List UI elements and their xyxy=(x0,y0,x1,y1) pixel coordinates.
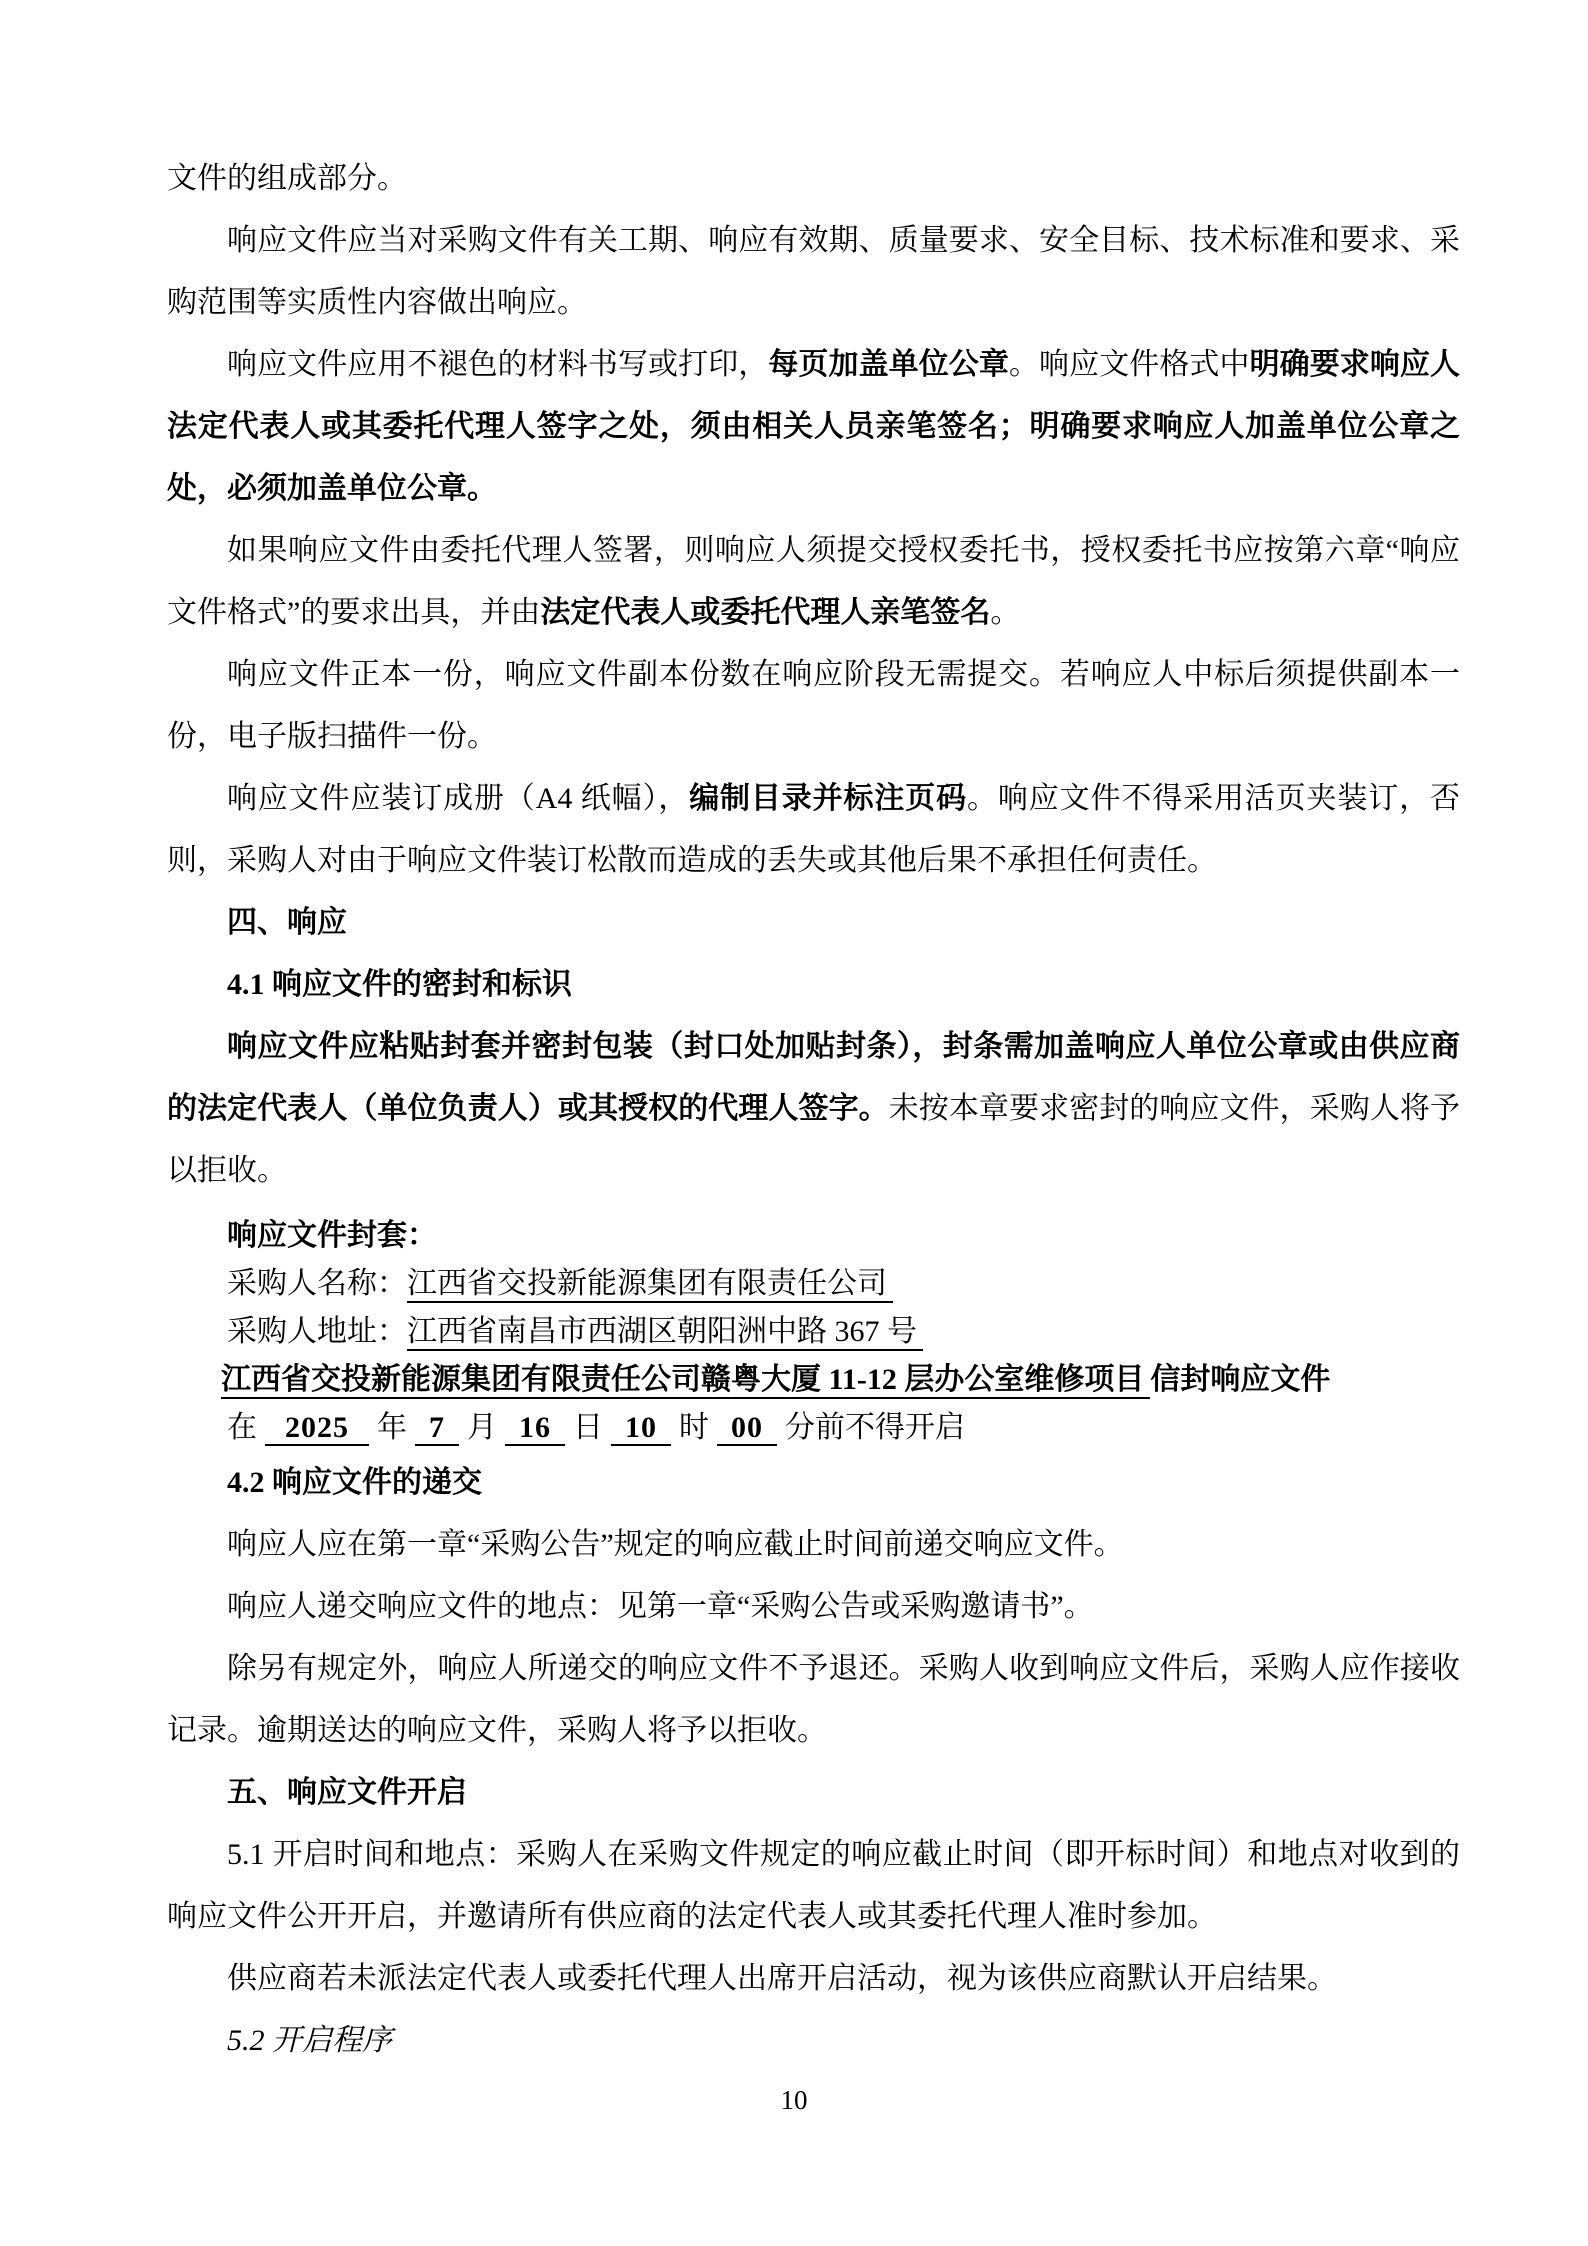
envelope-open-time-line: 在2025年7月16日10时00分前不得开启 xyxy=(167,1404,1460,1452)
buyer-name-label: 采购人名称： xyxy=(227,1267,407,1300)
paragraph-agent-signature: 如果响应文件由委托代理人签署，则响应人须提交授权委托书，授权委托书应按第六章“响… xyxy=(167,520,1460,644)
text-run: 。响应文件格式中 xyxy=(1009,348,1250,381)
month-label: 月 xyxy=(467,1411,497,1444)
text-run: 响应人应在第一章“采购公告”规定的响应截止时间前递交响应文件。 xyxy=(227,1528,1124,1561)
paragraph-absent-supplier: 供应商若未派法定代表人或委托代理人出席开启活动，视为该供应商默认开启结果。 xyxy=(167,1948,1460,2010)
text-run-bold: 响应文件封套： xyxy=(227,1219,437,1252)
heading-4-1: 4.1 响应文件的密封和标识 xyxy=(167,954,1460,1016)
text-run: 除另有规定外，响应人所递交的响应文件不予退还。采购人收到响应文件后，采购人应作接… xyxy=(167,1652,1460,1747)
text-run: 响应文件应装订成册（A4 纸幅）， xyxy=(227,782,689,815)
text-run: 4.1 响应文件的密封和标识 xyxy=(227,968,572,1001)
page-number: 10 xyxy=(0,2085,1588,2116)
paragraph-opening-time-place: 5.1 开启时间和地点：采购人在采购文件规定的响应截止时间（即开标时间）和地点对… xyxy=(167,1824,1460,1948)
envelope-buyer-address-line: 采购人地址：江西省南昌市西湖区朝阳洲中路 367 号 xyxy=(167,1308,1460,1356)
text-run: 供应商若未派法定代表人或委托代理人出席开启活动，视为该供应商默认开启结果。 xyxy=(227,1962,1337,1995)
text-run: 5.1 开启时间和地点：采购人在采购文件规定的响应截止时间（即开标时间）和地点对… xyxy=(167,1838,1460,1933)
text-run: 四、响应 xyxy=(227,906,347,939)
open-month-value: 7 xyxy=(415,1411,459,1446)
text-run-bold: 每页加盖单位公章 xyxy=(768,348,1009,381)
paragraph-no-return: 除另有规定外，响应人所递交的响应文件不予退还。采购人收到响应文件后，采购人应作接… xyxy=(167,1638,1460,1762)
text-run: 响应文件应用不褪色的材料书写或打印， xyxy=(227,348,768,381)
text-run: 文件的组成部分。 xyxy=(167,162,407,195)
heading-section-5: 五、响应文件开启 xyxy=(167,1762,1460,1824)
heading-5-2: 5.2 开启程序 xyxy=(167,2010,1460,2072)
text-run: 响应人递交响应文件的地点：见第一章“采购公告或采购邀请书”。 xyxy=(227,1590,1094,1623)
open-prefix: 在 xyxy=(227,1411,257,1444)
text-run: 响应文件正本一份，响应文件副本份数在响应阶段无需提交。若响应人中标后须提供副本一… xyxy=(167,658,1460,753)
paragraph-binding: 响应文件应装订成册（A4 纸幅），编制目录并标注页码。响应文件不得采用活页夹装订… xyxy=(167,768,1460,892)
project-suffix: 信封响应文件 xyxy=(1150,1363,1330,1396)
text-run: 。 xyxy=(990,596,1020,629)
paragraph-submission-deadline: 响应人应在第一章“采购公告”规定的响应截止时间前递交响应文件。 xyxy=(167,1514,1460,1576)
year-label: 年 xyxy=(377,1411,407,1444)
paragraph-original-copies: 响应文件正本一份，响应文件副本份数在响应阶段无需提交。若响应人中标后须提供副本一… xyxy=(167,644,1460,768)
buyer-address-label: 采购人地址： xyxy=(227,1315,407,1348)
envelope-title: 响应文件封套： xyxy=(167,1212,1460,1260)
paragraph-submission-place: 响应人递交响应文件的地点：见第一章“采购公告或采购邀请书”。 xyxy=(167,1576,1460,1638)
text-run: 五、响应文件开启 xyxy=(227,1776,467,1809)
envelope-project-line: 江西省交投新能源集团有限责任公司赣粤大厦 11-12 层办公室维修项目信封响应文… xyxy=(167,1356,1460,1404)
paragraph-response-substance: 响应文件应当对采购文件有关工期、响应有效期、质量要求、安全目标、技术标准和要求、… xyxy=(167,210,1460,334)
paragraph-sealing: 响应文件应粘贴封套并密封包装（封口处加贴封条），封条需加盖响应人单位公章或由供应… xyxy=(167,1016,1460,1202)
buyer-address-value: 江西省南昌市西湖区朝阳洲中路 367 号 xyxy=(407,1315,923,1351)
minute-label: 分前不得开启 xyxy=(785,1411,965,1444)
paragraph-continuation: 文件的组成部分。 xyxy=(167,148,1460,210)
document-page: 文件的组成部分。 响应文件应当对采购文件有关工期、响应有效期、质量要求、安全目标… xyxy=(0,0,1588,2246)
text-run: 响应文件应当对采购文件有关工期、响应有效期、质量要求、安全目标、技术标准和要求、… xyxy=(167,224,1460,319)
paragraph-writing-material: 响应文件应用不褪色的材料书写或打印，每页加盖单位公章。响应文件格式中明确要求响应… xyxy=(167,334,1460,520)
project-name-value: 江西省交投新能源集团有限责任公司赣粤大厦 11-12 层办公室维修项目 xyxy=(221,1363,1150,1399)
heading-4-2: 4.2 响应文件的递交 xyxy=(167,1452,1460,1514)
open-year-value: 2025 xyxy=(265,1411,369,1446)
buyer-name-value: 江西省交投新能源集团有限责任公司 xyxy=(407,1267,893,1303)
text-run: 4.2 响应文件的递交 xyxy=(227,1466,482,1499)
hour-label: 时 xyxy=(679,1411,709,1444)
open-hour-value: 10 xyxy=(611,1411,671,1446)
document-content: 文件的组成部分。 响应文件应当对采购文件有关工期、响应有效期、质量要求、安全目标… xyxy=(167,148,1460,2072)
text-run-bold: 编制目录并标注页码 xyxy=(689,782,967,815)
text-run: 5.2 开启程序 xyxy=(227,2024,392,2057)
envelope-buyer-name-line: 采购人名称：江西省交投新能源集团有限责任公司 xyxy=(167,1260,1460,1308)
day-label: 日 xyxy=(573,1411,603,1444)
text-run-bold: 法定代表人或委托代理人亲笔签名 xyxy=(540,596,990,629)
envelope-block: 响应文件封套： 采购人名称：江西省交投新能源集团有限责任公司 采购人地址：江西省… xyxy=(167,1212,1460,1452)
heading-section-4: 四、响应 xyxy=(167,892,1460,954)
open-minute-value: 00 xyxy=(717,1411,777,1446)
open-day-value: 16 xyxy=(505,1411,565,1446)
